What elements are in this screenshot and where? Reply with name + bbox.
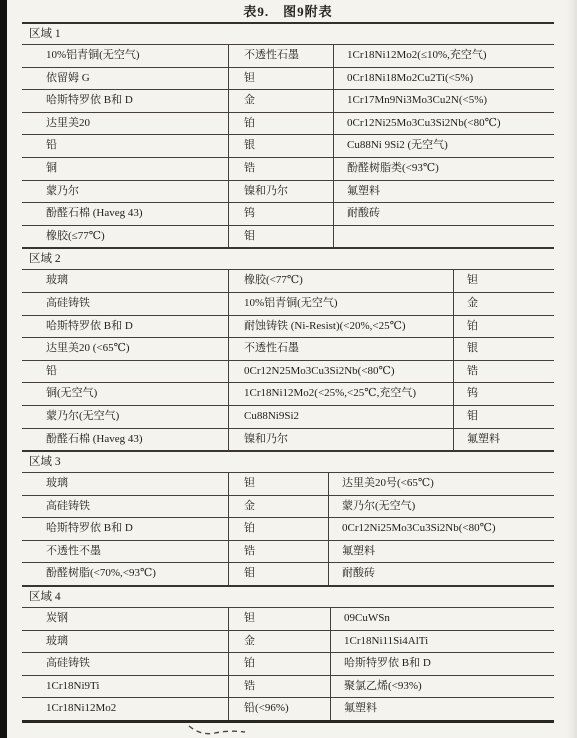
table-row: 哈斯特罗依 B和 D耐蚀铸铁 (Ni-Resist)(<20%,<25℃)铂 (22, 315, 554, 338)
table-cell: 钨 (228, 203, 333, 225)
table-row: 依留姆 G钽0Cr18Ni18Mo2Cu2Ti(<5%) (22, 67, 554, 90)
table-cell: 锆 (453, 361, 554, 383)
pencil-squiggle (185, 722, 249, 738)
table-cell: 铜 (22, 158, 228, 180)
table-cell: 铂 (228, 518, 328, 540)
table-cell: 0Cr18Ni18Mo2Cu2Ti(<5%) (333, 68, 554, 90)
table-cell: 哈斯特罗依 B和 D (22, 518, 228, 540)
table-cell: 钽 (228, 473, 328, 495)
table-cell: 钼 (228, 563, 328, 585)
table-cell: 锆 (228, 541, 328, 563)
table-cell: Cu88Ni9Si2 (228, 406, 453, 428)
table-cell: 锆 (228, 676, 330, 698)
table-cell: 酚醛石棉 (Haveg 43) (22, 429, 228, 451)
table-row: 酚醛树脂(<70%,<93℃)钼耐酸砖 (22, 562, 554, 585)
table-cell: 锆 (228, 158, 333, 180)
table-cell: 哈斯特罗依 B和 D (22, 90, 228, 112)
table-row: 哈斯特罗依 B和 D金1Cr17Mn9Ni3Mo3Cu2N(<5%) (22, 89, 554, 112)
table-cell: 高硅铸铁 (22, 496, 228, 518)
table-row: 高硅铸铁金蒙乃尔(无空气) (22, 495, 554, 518)
table-cell: 0Cr12Ni25Mo3Cu3Si2Nb(<80℃) (328, 518, 554, 540)
table-cell: Cu88Ni 9Si2 (无空气) (333, 135, 554, 157)
table-cell: 钽 (228, 68, 333, 90)
section-label: 区域 1 (22, 24, 554, 44)
table-cell: 金 (228, 90, 333, 112)
appendix-table: 区域 110%铝青铜(无空气)不透性石墨1Cr18Ni12Mo2(≤10%,充空… (22, 22, 554, 723)
table-cell: 钼 (228, 226, 333, 248)
table-row: 铅0Cr12N25Mo3Cu3Si2Nb(<80℃)锆 (22, 360, 554, 383)
table-cell: 1Cr18Ni11Si4AlTi (330, 631, 554, 653)
table-row: 10%铝青铜(无空气)不透性石墨1Cr18Ni12Mo2(≤10%,充空气) (22, 44, 554, 67)
table-cell: 氟塑料 (453, 429, 554, 451)
table-cell: 橡胶(<77℃) (228, 270, 453, 292)
table-cell: 氟塑料 (328, 541, 554, 563)
table-row: 铅银Cu88Ni 9Si2 (无空气) (22, 134, 554, 157)
table-cell: 0Cr12N25Mo3Cu3Si2Nb(<80℃) (228, 361, 453, 383)
table-cell: 10%铝青铜(无空气) (22, 45, 228, 67)
table-cell: 耐酸砖 (333, 203, 554, 225)
table-cell: 达里美20 (<65℃) (22, 338, 228, 360)
table-cell: 哈斯特罗依 B和 D (330, 653, 554, 675)
table-row: 玻璃钽达里美20号(<65℃) (22, 472, 554, 495)
table-cell: 钼 (453, 406, 554, 428)
table-row: 橡胶(≤77℃)钼 (22, 225, 554, 248)
table-cell: 镍和乃尔 (228, 181, 333, 203)
table-cell: 依留姆 G (22, 68, 228, 90)
table-cell: 铜(无空气) (22, 383, 228, 405)
table-row: 酚醛石棉 (Haveg 43)钨耐酸砖 (22, 202, 554, 225)
section-label: 区域 2 (22, 247, 554, 269)
table-cell: 0Cr12Ni25Mo3Cu3Si2Nb(<80℃) (333, 113, 554, 135)
table-cell: 玻璃 (22, 631, 228, 653)
table-cell: 不透性不墨 (22, 541, 228, 563)
section-label: 区域 4 (22, 585, 554, 607)
table-row: 炭钢钽09CuWSn (22, 607, 554, 630)
table-cell: 橡胶(≤77℃) (22, 226, 228, 248)
table-cell: 玻璃 (22, 270, 228, 292)
table-row: 铜锆酚醛树脂类(<93℃) (22, 157, 554, 180)
table-cell: 酚醛树脂(<70%,<93℃) (22, 563, 228, 585)
table-cell: 高硅铸铁 (22, 293, 228, 315)
table-cell: 哈斯特罗依 B和 D (22, 316, 228, 338)
table-cell: 1Cr18Ni12Mo2(<25%,<25℃,充空气) (228, 383, 453, 405)
table-cell: 铂 (228, 653, 330, 675)
table-cell: 1Cr18Ni12Mo2 (22, 698, 228, 720)
table-cell: 酚醛石棉 (Haveg 43) (22, 203, 228, 225)
table-cell: 钽 (228, 608, 330, 630)
table-cell: 耐蚀铸铁 (Ni-Resist)(<20%,<25℃) (228, 316, 453, 338)
table-row: 达里美20 (<65℃)不透性石墨银 (22, 337, 554, 360)
table-cell: 达里美20号(<65℃) (328, 473, 554, 495)
table-cell: 1Cr18Ni12Mo2(≤10%,充空气) (333, 45, 554, 67)
table-row: 高硅铸铁铂哈斯特罗依 B和 D (22, 652, 554, 675)
table-cell: 铂 (453, 316, 554, 338)
table-row: 达里美20铂0Cr12Ni25Mo3Cu3Si2Nb(<80℃) (22, 112, 554, 135)
table-cell: 金 (228, 631, 330, 653)
table-row: 酚醛石棉 (Haveg 43)镍和乃尔氟塑料 (22, 428, 554, 451)
page-content: 表9. 图9附表 区域 110%铝青铜(无空气)不透性石墨1Cr18Ni12Mo… (22, 3, 554, 723)
table-cell: 09CuWSn (330, 608, 554, 630)
table-cell: 10%铝青铜(无空气) (228, 293, 453, 315)
table-cell: 钽 (453, 270, 554, 292)
table-cell: 蒙乃尔(无空气) (22, 406, 228, 428)
table-cell: 蒙乃尔(无空气) (328, 496, 554, 518)
table-cell: 镍和乃尔 (228, 429, 453, 451)
table-row: 玻璃金1Cr18Ni11Si4AlTi (22, 630, 554, 653)
table-cell: 氟塑料 (330, 698, 554, 720)
table-row: 哈斯特罗依 B和 D铂0Cr12Ni25Mo3Cu3Si2Nb(<80℃) (22, 517, 554, 540)
table-cell: 耐酸砖 (328, 563, 554, 585)
table-cell: 炭钢 (22, 608, 228, 630)
table-cell: 聚氯乙烯(<93%) (330, 676, 554, 698)
table-row: 1Cr18Ni9Ti锆聚氯乙烯(<93%) (22, 675, 554, 698)
table-row: 不透性不墨锆氟塑料 (22, 540, 554, 563)
table-row: 蒙乃尔(无空气)Cu88Ni9Si2钼 (22, 405, 554, 428)
scan-edge-bar (0, 0, 7, 738)
table-cell: 铅 (22, 361, 228, 383)
table-row: 高硅铸铁10%铝青铜(无空气)金 (22, 292, 554, 315)
table-cell: 达里美20 (22, 113, 228, 135)
table-row: 蒙乃尔镍和乃尔氟塑料 (22, 180, 554, 203)
table-cell: 1Cr18Ni9Ti (22, 676, 228, 698)
table-row: 铜(无空气)1Cr18Ni12Mo2(<25%,<25℃,充空气)钨 (22, 382, 554, 405)
table-cell: 玻璃 (22, 473, 228, 495)
table-cell: 酚醛树脂类(<93℃) (333, 158, 554, 180)
table-cell: 金 (453, 293, 554, 315)
table-cell: 银 (453, 338, 554, 360)
table-cell: 钨 (453, 383, 554, 405)
table-cell: 高硅铸铁 (22, 653, 228, 675)
section-label: 区域 3 (22, 450, 554, 472)
table-cell: 蒙乃尔 (22, 181, 228, 203)
table-cell: 1Cr17Mn9Ni3Mo3Cu2N(<5%) (333, 90, 554, 112)
table-cell: 不透性石墨 (228, 338, 453, 360)
table-cell: 金 (228, 496, 328, 518)
table-row: 1Cr18Ni12Mo2铅(<96%)氟塑料 (22, 697, 554, 720)
table-row: 玻璃橡胶(<77℃)钽 (22, 269, 554, 292)
table-cell: 铂 (228, 113, 333, 135)
table-cell: 铅 (22, 135, 228, 157)
table-cell: 氟塑料 (333, 181, 554, 203)
page-title: 表9. 图9附表 (22, 3, 554, 20)
table-cell: 银 (228, 135, 333, 157)
scanned-page: { "page": { "title": "表9. 图9附表" }, "colo… (0, 0, 577, 738)
table-cell: 不透性石墨 (228, 45, 333, 67)
table-cell: 铅(<96%) (228, 698, 330, 720)
table-cell (333, 226, 554, 248)
